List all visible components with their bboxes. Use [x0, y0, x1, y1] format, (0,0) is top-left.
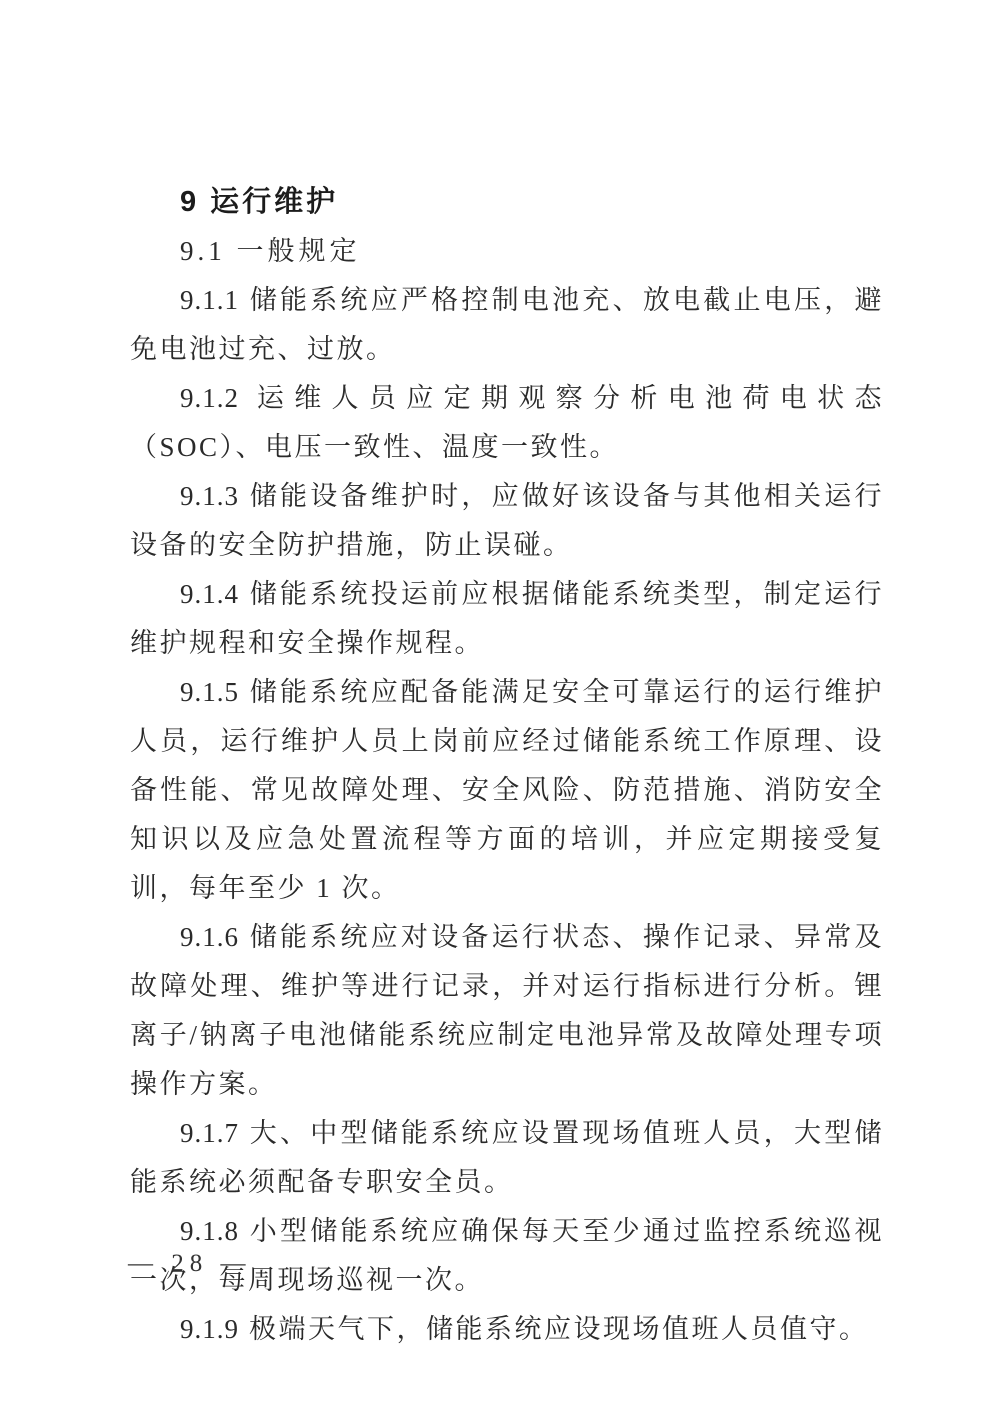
clause-text: 储能系统应配备能满足安全可靠运行的运行维护人员，运行维护人员上岗前应经过储能系统… [130, 677, 884, 903]
clause-number: 9.1.5 [180, 677, 239, 707]
clause-number: 9.1.3 [180, 481, 239, 511]
clause-number: 9.1.9 [180, 1314, 239, 1344]
clause-paragraph-9-1-2: 9.1.2运维人员应定期观察分析电池荷电状态（SOC）、电压一致性、温度一致性。 [130, 374, 884, 472]
clause-number: 9.1.2 [180, 383, 239, 413]
clause-paragraph-9-1-5: 9.1.5储能系统应配备能满足安全可靠运行的运行维护人员，运行维护人员上岗前应经… [130, 668, 884, 913]
clause-paragraph-9-1-6: 9.1.6储能系统应对设备运行状态、操作记录、异常及故障处理、维护等进行记录，并… [130, 913, 884, 1109]
section-heading: 9 运行维护 [180, 178, 884, 227]
subsection-heading: 9.1 一般规定 [180, 227, 884, 276]
document-page: 9 运行维护 9.1 一般规定 9.1.1储能系统应严格控制电池充、放电截止电压… [0, 0, 1000, 1414]
clause-number: 9.1.4 [180, 579, 239, 609]
clause-text: 储能系统投运前应根据储能系统类型，制定运行维护规程和安全操作规程。 [130, 579, 884, 658]
clause-text: 极端天气下，储能系统应设现场值班人员值守。 [249, 1314, 869, 1344]
clause-text: 运维人员应定期观察分析电池荷电状态（SOC）、电压一致性、温度一致性。 [130, 383, 884, 462]
clause-number: 9.1.6 [180, 922, 239, 952]
page-number: — 28 — [128, 1250, 252, 1278]
clause-number: 9.1.1 [180, 285, 239, 315]
clause-paragraph-9-1-1: 9.1.1储能系统应严格控制电池充、放电截止电压，避免电池过充、过放。 [130, 276, 884, 374]
clause-paragraph-9-1-9: 9.1.9极端天气下，储能系统应设现场值班人员值守。 [130, 1305, 884, 1354]
clause-text: 储能系统应严格控制电池充、放电截止电压，避免电池过充、过放。 [130, 285, 884, 364]
clause-paragraph-9-1-4: 9.1.4储能系统投运前应根据储能系统类型，制定运行维护规程和安全操作规程。 [130, 570, 884, 668]
clause-paragraph-9-1-3: 9.1.3储能设备维护时，应做好该设备与其他相关运行设备的安全防护措施，防止误碰… [130, 472, 884, 570]
clause-number: 9.1.8 [180, 1216, 239, 1246]
clause-paragraph-9-1-7: 9.1.7大、中型储能系统应设置现场值班人员，大型储能系统必须配备专职安全员。 [130, 1109, 884, 1207]
clause-text: 储能设备维护时，应做好该设备与其他相关运行设备的安全防护措施，防止误碰。 [130, 481, 884, 560]
clause-number: 9.1.7 [180, 1118, 239, 1148]
clause-text: 大、中型储能系统应设置现场值班人员，大型储能系统必须配备专职安全员。 [130, 1118, 884, 1197]
clause-text: 储能系统应对设备运行状态、操作记录、异常及故障处理、维护等进行记录，并对运行指标… [130, 922, 884, 1099]
document-body: 9 运行维护 9.1 一般规定 9.1.1储能系统应严格控制电池充、放电截止电压… [130, 178, 884, 1354]
